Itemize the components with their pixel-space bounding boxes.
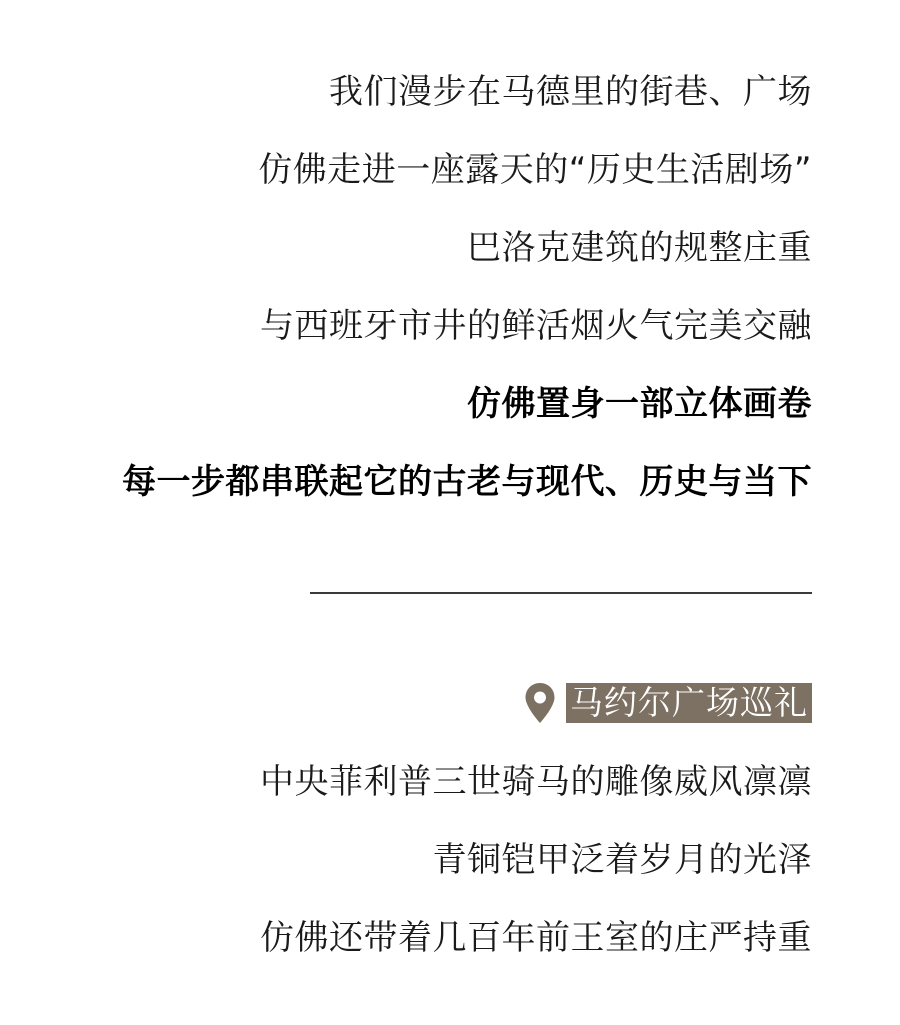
- intro-line: 我们漫步在马德里的街巷、广场: [329, 72, 812, 112]
- section-line: 仿佛还带着几百年前王室的庄严持重: [260, 918, 812, 958]
- intro-line: 与西班牙市井的鲜活烟火气完美交融: [260, 306, 812, 346]
- section-divider: [310, 592, 812, 594]
- section-line: 青铜铠甲泛着岁月的光泽: [433, 840, 813, 880]
- intro-line: 仿佛走进一座露天的“历史生活剧场”: [258, 150, 812, 190]
- intro-line-emphasis: 每一步都串联起它的古老与现代、历史与当下: [122, 462, 812, 502]
- intro-line-emphasis: 仿佛置身一部立体画卷: [467, 384, 812, 424]
- section-line: 中央菲利普三世骑马的雕像威风凛凛: [260, 762, 812, 802]
- location-pin-icon: [524, 682, 556, 724]
- section-title-tag: 马约尔广场巡礼: [566, 683, 812, 723]
- intro-line: 巴洛克建筑的规整庄重: [467, 228, 812, 268]
- section-heading: 马约尔广场巡礼: [524, 682, 812, 724]
